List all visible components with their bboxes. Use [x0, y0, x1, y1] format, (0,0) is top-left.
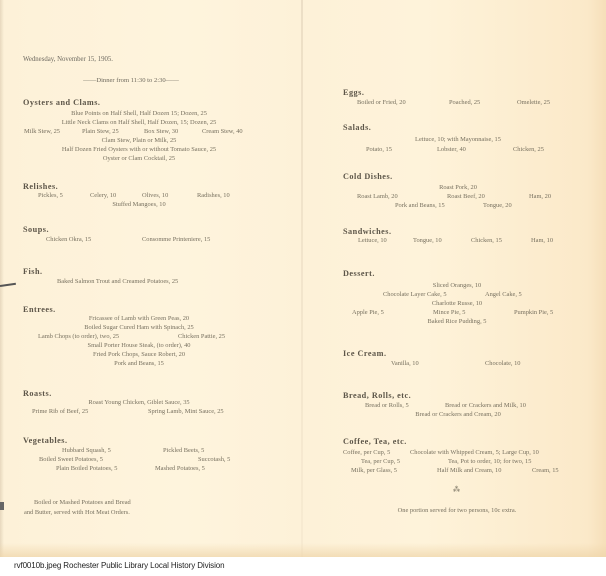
menu-line: Bread or Crackers and Cream, 20: [415, 411, 501, 419]
menu-item: Chicken, 25: [513, 146, 544, 154]
page-edge-shadow: [0, 0, 4, 557]
menu-line: Small Porter House Steak, (to order), 40: [88, 342, 191, 350]
section-title: Entrees.: [23, 305, 56, 315]
section-title: Roasts.: [23, 389, 52, 399]
menu-item: Cream, 15: [532, 467, 559, 475]
menu-item: Chicken, 15: [471, 237, 502, 245]
menu-line: Oyster or Clam Cocktail, 25: [103, 155, 175, 163]
menu-item: Omelette, 25: [517, 99, 550, 107]
menu-item: Chocolate, 10: [485, 360, 521, 368]
menu-item: Chicken Okra, 15: [46, 236, 91, 244]
menu-item: Milk Stew, 25: [24, 128, 60, 136]
menu-item: Bread or Crackers and Milk, 10: [445, 402, 526, 410]
menu-item: Half Milk and Cream, 10: [437, 467, 501, 475]
menu-item: Tongue, 20: [483, 202, 512, 210]
menu-item: Pickled Beets, 5: [163, 447, 204, 455]
section-title: Ice Cream.: [343, 349, 387, 359]
menu-item: Olives, 10: [142, 192, 168, 200]
menu-item: Chicken Pattie, 25: [178, 333, 225, 341]
menu-item: Pickles, 5: [38, 192, 63, 200]
footnote-line: One portion served for two persons, 10c …: [398, 507, 517, 515]
menu-item: Roast Lamb, 20: [357, 193, 398, 201]
section-title: Oysters and Clams.: [23, 98, 100, 108]
menu-line: Clam Stew, Plain or Milk, 25: [102, 137, 177, 145]
menu-line: Roast Pork, 20: [439, 184, 477, 192]
menu-item: Tea, per Cup, 5: [361, 458, 400, 466]
menu-item: Pumpkin Pie, 5: [514, 309, 553, 317]
menu-line: Lettuce, 10; with Mayonnaise, 15: [415, 136, 501, 144]
menu-line: Fried Pork Chops, Sauce Robert, 20: [93, 351, 185, 359]
section-title: Cold Dishes.: [343, 172, 393, 182]
menu-item: Mashed Potatoes, 5: [155, 465, 205, 473]
menu-item: Lamb Chops (to order), two, 25: [38, 333, 119, 341]
section-title: Sandwiches.: [343, 227, 392, 237]
section-title: Vegetables.: [23, 436, 68, 446]
section-title: Fish.: [23, 267, 43, 277]
section-title: Soups.: [23, 225, 49, 235]
menu-item: Milk, per Glass, 5: [351, 467, 397, 475]
menu-line: Half Dozen Fried Oysters with or without…: [62, 146, 216, 154]
menu-line: Stuffed Mangoes, 10: [112, 201, 165, 209]
menu-line: Roast Young Chicken, Giblet Sauce, 35: [88, 399, 189, 407]
menu-item: Radishes, 10: [197, 192, 230, 200]
menu-item: Roast Beef, 20: [447, 193, 485, 201]
menu-item: Mince Pie, 5: [433, 309, 465, 317]
menu-item: Lettuce, 10: [358, 237, 387, 245]
menu-line: Little Neck Clams on Half Shell, Half Do…: [62, 119, 217, 127]
image-caption: rvf0010b.jpeg Rochester Public Library L…: [14, 561, 224, 570]
section-title: Bread, Rolls, etc.: [343, 391, 411, 401]
menu-item: Box Stew, 30: [144, 128, 178, 136]
menu-item: Ham, 20: [529, 193, 551, 201]
menu-item: Cream Stew, 40: [202, 128, 243, 136]
menu-item: Celery, 10: [90, 192, 116, 200]
menu-item: Ham, 10: [531, 237, 553, 245]
menu-line: Sliced Oranges, 10: [433, 282, 481, 290]
ornament-divider: ⁂: [453, 486, 461, 494]
menu-line: Fricassee of Lamb with Green Peas, 20: [89, 315, 189, 323]
menu-item: Spring Lamb, Mint Sauce, 25: [148, 408, 224, 416]
footnote-line: and Butter, served with Hot Meat Orders.: [24, 509, 130, 517]
menu-item: Prime Rib of Beef, 25: [32, 408, 88, 416]
menu-line: Baked Rice Pudding, 5: [428, 318, 487, 326]
menu-item: Plain Stew, 25: [82, 128, 119, 136]
center-fold-line: [301, 0, 303, 557]
menu-item: Tongue, 10: [413, 237, 442, 245]
menu-item: Apple Pie, 5: [352, 309, 384, 317]
menu-line: Pork and Beans, 15: [114, 360, 164, 368]
menu-item: Bread or Rolls, 5: [365, 402, 409, 410]
menu-page-scan: Wednesday, November 15, 1905. ——Dinner f…: [0, 0, 606, 557]
menu-item: Pork and Beans, 15: [395, 202, 445, 210]
pencil-mark: [0, 502, 4, 510]
section-title: Eggs.: [343, 88, 364, 98]
footnote-line: Boiled or Mashed Potatoes and Bread: [34, 499, 131, 507]
menu-line: Boiled Sugar Cured Ham with Spinach, 25: [84, 324, 194, 332]
section-title: Dessert.: [343, 269, 375, 279]
section-title: Relishes.: [23, 182, 58, 192]
menu-item: Chocolate Layer Cake, 5: [383, 291, 447, 299]
menu-item: Lobster, 40: [437, 146, 466, 154]
menu-date: Wednesday, November 15, 1905.: [23, 56, 113, 64]
menu-item: Vanilla, 10: [391, 360, 419, 368]
menu-item: Consomme Printeniere, 15: [142, 236, 210, 244]
menu-item: Boiled or Fried, 20: [357, 99, 406, 107]
menu-item: Chocolate with Whipped Cream, 5; Large C…: [410, 449, 539, 457]
menu-item: Poached, 25: [449, 99, 480, 107]
menu-item: Angel Cake, 5: [485, 291, 522, 299]
menu-line: Blue Points on Half Shell, Half Dozen 15…: [71, 110, 207, 118]
menu-item: Succotash, 5: [198, 456, 230, 464]
menu-item: Potato, 15: [366, 146, 392, 154]
menu-item: Boiled Sweet Potatoes, 5: [39, 456, 103, 464]
menu-item: Hubbard Squash, 5: [62, 447, 111, 455]
dinner-hours: ——Dinner from 11:30 to 2:30——: [83, 77, 179, 85]
menu-line: Baked Salmon Trout and Creamed Potatoes,…: [57, 278, 178, 286]
menu-line: Charlotte Russe, 10: [432, 300, 482, 308]
menu-item: Plain Boiled Potatoes, 5: [56, 465, 117, 473]
menu-item: Coffee, per Cup, 5: [343, 449, 390, 457]
menu-item: Tea, Pot to order, 10; for two, 15: [448, 458, 531, 466]
section-title: Coffee, Tea, etc.: [343, 437, 407, 447]
section-title: Salads.: [343, 123, 371, 133]
